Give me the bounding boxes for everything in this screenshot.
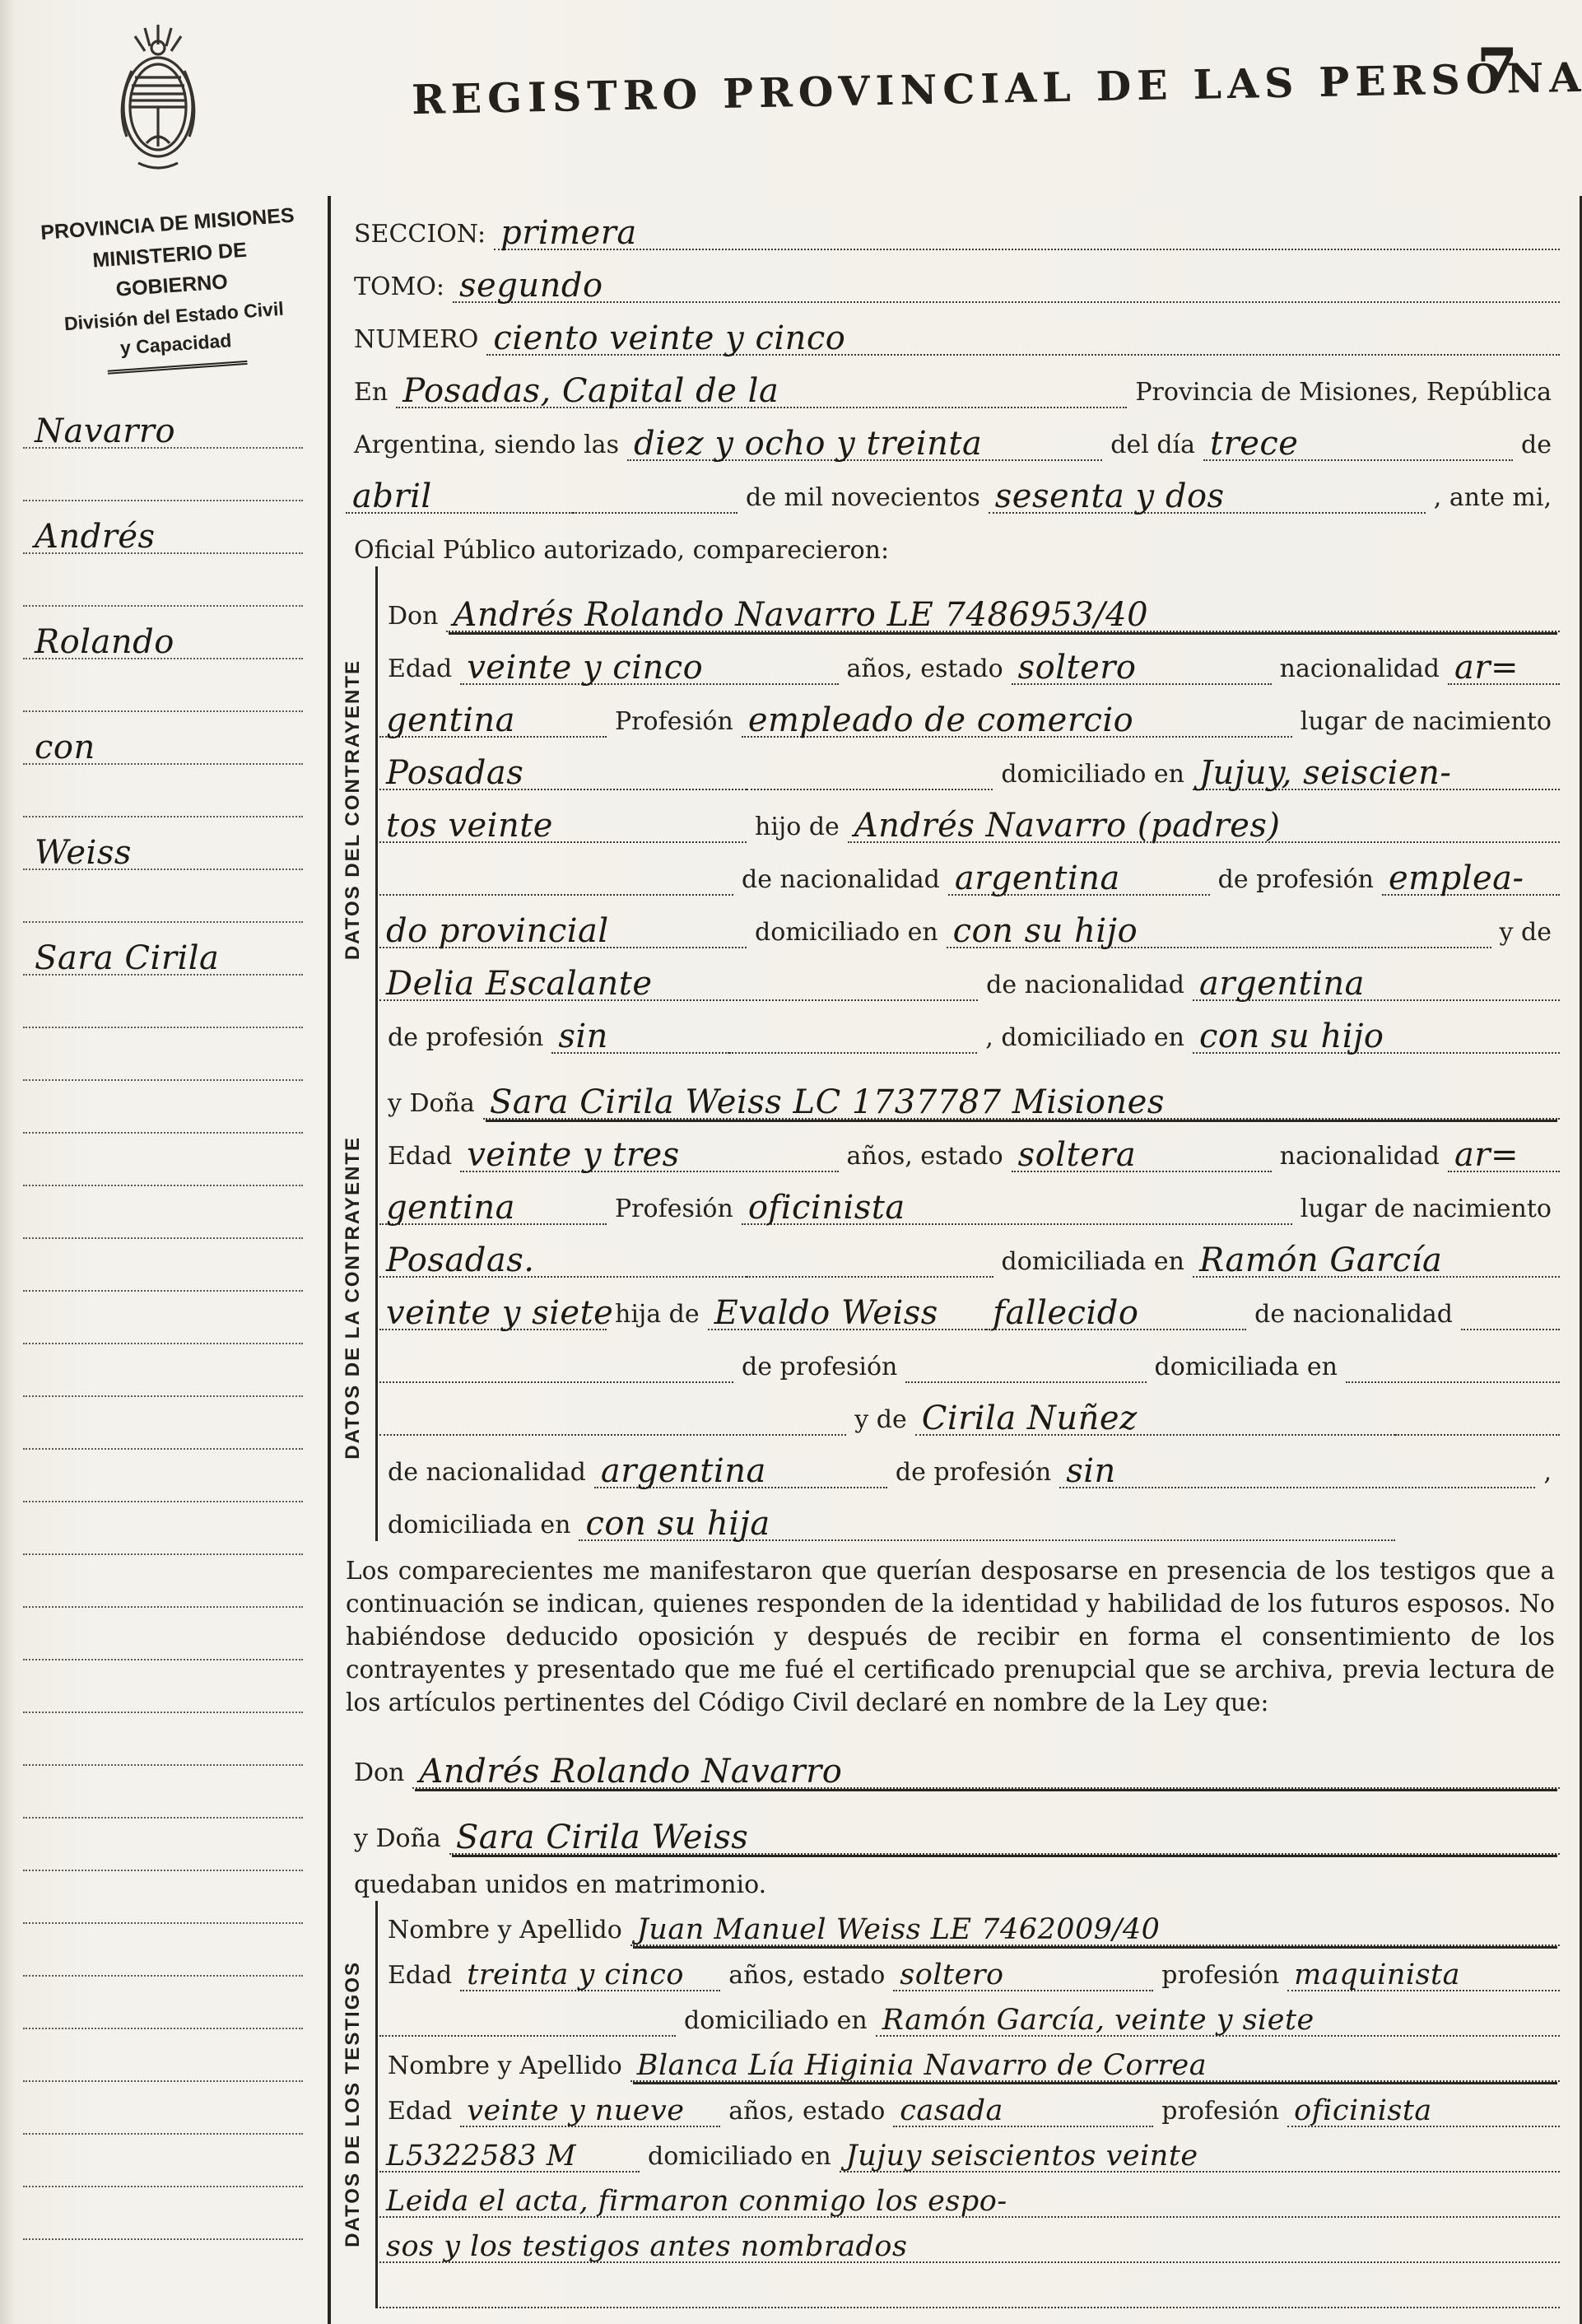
witness1-domicile-row: domiciliado en Ramón García, veinte y si… [378, 1991, 1561, 2037]
nacionalidad-label: nacionalidad [1272, 654, 1448, 685]
closing-line-2-row: sos y los testigos antes nombrados [378, 2218, 1561, 2263]
intro-ante-mi: , ante mi, [1426, 483, 1560, 514]
margin-note-line: Rolando [23, 607, 303, 659]
bride-lugar: Posadas. [379, 1245, 747, 1278]
page-number: 7 [1477, 35, 1518, 105]
domicilio-label: domiciliado en [676, 2006, 876, 2037]
bride-estado: soltera [1012, 1139, 1272, 1172]
padre-dom-label: domiciliada en [1147, 1353, 1346, 1383]
ruled-line [23, 1397, 303, 1450]
edad-label: Edad [379, 1961, 460, 1991]
groom-section-label: DATOS DEL CONTRAYENTE [342, 659, 365, 960]
groom-lugar: Posadas [379, 757, 747, 790]
intro-day: trece [1203, 428, 1513, 461]
groom-estado: soltero [1012, 652, 1272, 685]
margin-note: Andrés [28, 521, 162, 552]
bride-madre-dom: con su hija [579, 1508, 1395, 1541]
groom-mother-row: Delia Escalante de nacionalidad argentin… [378, 948, 1561, 1001]
bride-age-row: Edad veinte y tres años, estado soltera … [378, 1120, 1561, 1172]
ministry-block: PROVINCIA DE MISIONES MINISTERIO DE GOBI… [40, 200, 305, 378]
page-title: REGISTRO PROVINCIAL DE LAS PERSONAS [412, 53, 1582, 123]
declaration-bride-row: y Doña Sara Cirila Weiss [331, 1789, 1561, 1855]
bride-mother-nationality-row: de nacionalidad argentina de profesión s… [378, 1436, 1561, 1488]
y-de-label: y de [1491, 918, 1560, 948]
madre-prof-label: de profesión [379, 1023, 551, 1054]
declaration-closing: quedaban unidos en matrimonio. [346, 1870, 775, 1901]
estado-label: años, estado [839, 654, 1012, 685]
empty-ruled-row [378, 2263, 1561, 2308]
don-label: Don [346, 1758, 412, 1789]
margin-note: Sara Cirila [28, 943, 226, 974]
ruled-line [23, 1239, 303, 1292]
margin-note-line: Sara Cirila [23, 923, 303, 976]
bride-rows: y Doña Sara Cirila Weiss LC 1737787 Misi… [378, 1054, 1561, 1541]
domicilio-label: domiciliado en [640, 2142, 840, 2173]
margin-note: Navarro [28, 416, 182, 447]
margin-note: con [28, 732, 102, 763]
ruled-line [23, 1028, 303, 1081]
witness2-name-row: Nombre y Apellido Blanca Lía Higinia Nav… [378, 2037, 1561, 2082]
ruled-line [23, 1766, 303, 1819]
bride-name-row: y Doña Sara Cirila Weiss LC 1737787 Misi… [378, 1054, 1561, 1120]
intro-line-1: En Posadas, Capital de la Provincia de M… [331, 356, 1561, 408]
intro-de: de [1513, 431, 1560, 461]
closing-line-1: Leida el acta, firmaron conmigo los espo… [379, 2188, 1560, 2217]
ruled-line [23, 2135, 303, 2187]
groom-madre-dom: con su hijo [1193, 1021, 1560, 1054]
coat-of-arms-icon [105, 21, 211, 179]
bride-mother-domicile-row: domiciliada en con su hija [378, 1488, 1561, 1541]
ruled-line [23, 2029, 303, 2082]
edad-label: Edad [379, 654, 460, 685]
field-row-tomo: TOMO: segundo [331, 250, 1561, 303]
witness1-name: Juan Manuel Weiss LE 7462009/40 [630, 1916, 1560, 1945]
bride-padre: Evaldo Weiss [708, 1297, 987, 1330]
lugar-label: lugar de nacimiento [1292, 1195, 1560, 1225]
groom-nacionalidad-2: gentina [379, 705, 607, 738]
bride-madre-prof: sin [1059, 1455, 1535, 1488]
groom-name-row: Don Andrés Rolando Navarro LE 7486953/40 [378, 566, 1561, 632]
groom-padre-prof-2: do provincial [379, 915, 747, 948]
witness2-estado: casada [893, 2098, 1153, 2126]
groom-nacionalidad-1: ar= [1448, 652, 1560, 685]
ruled-line [23, 2082, 303, 2135]
madre-prof-label: de profesión [887, 1458, 1059, 1488]
bride-father-profession-row: de profesión domiciliada en [378, 1330, 1561, 1383]
document-body: PROVINCIA DE MISIONES MINISTERIO DE GOBI… [0, 196, 1582, 2324]
intro-line-4: Oficial Público autorizado, compareciero… [331, 514, 1561, 566]
witness2-domicilio: Jujuy seiscientos veinte [840, 2143, 1560, 2172]
groom-madre-prof: sin [551, 1021, 729, 1054]
ruled-line [23, 1819, 303, 1871]
bride-mother-row: y de Cirila Nuñez [378, 1383, 1561, 1436]
margin-note-line: Andrés [23, 501, 303, 554]
intro-time: diez y ocho y treinta [627, 428, 1102, 461]
padre-prof-label: de profesión [1210, 865, 1382, 896]
intro-line-2: Argentina, siendo las diez y ocho y trei… [331, 408, 1561, 461]
bride-name: Sara Cirila Weiss LC 1737787 Misiones [483, 1087, 1560, 1120]
field-row-seccion: SECCION: primera [331, 198, 1561, 250]
padre-dom-label: domiciliado en [747, 918, 947, 948]
groom-padre-dom: con su hijo [947, 915, 1491, 948]
nombre-apellido-label: Nombre y Apellido [379, 2052, 630, 2082]
margin-ruled-lines: Navarro Andrés Rolando con Weiss Sara Ci… [12, 391, 328, 2240]
intro-year: sesenta y dos [989, 481, 1426, 514]
numero-label: NUMERO [346, 325, 486, 356]
margin-note: Rolando [28, 626, 181, 658]
bride-profession-row: gentina Profesión oficinista lugar de na… [378, 1172, 1561, 1225]
intro-oficial: Oficial Público autorizado, compareciero… [346, 536, 897, 566]
ruled-line [23, 1134, 303, 1186]
profesion-label: profesión [1153, 2097, 1287, 2127]
y-de-label: y de [846, 1405, 914, 1436]
intro-line-3: abril de mil novecientos sesenta y dos ,… [331, 461, 1561, 514]
intro-de-mil: de mil novecientos [737, 483, 989, 514]
witnesses-section: DATOS DE LOS TESTIGOS Nombre y Apellido … [331, 1901, 1561, 2308]
padre-prof-label: de profesión [733, 1353, 905, 1383]
groom-domicilio-2: tos veinte [379, 810, 747, 843]
groom-father-nationality-row: de nacionalidad argentina de profesión e… [378, 843, 1561, 896]
groom-padre-prof-1: emplea- [1382, 863, 1560, 896]
declaration-paragraph: Los comparecientes me manifestaron que q… [331, 1541, 1561, 1723]
left-margin-column: PROVINCIA DE MISIONES MINISTERIO DE GOBI… [0, 196, 328, 2324]
bride-domicilio-1: Ramón García [1193, 1245, 1560, 1278]
ruled-line [23, 870, 303, 923]
groom-edad: veinte y cinco [460, 652, 838, 685]
bride-section-label: DATOS DE LA CONTRAYENTE [342, 1136, 365, 1460]
ruled-line [23, 554, 303, 607]
bride-profesion: oficinista [742, 1192, 1292, 1225]
witness1-profesion: maquinista [1287, 1962, 1560, 1991]
groom-profesion: empleado de comercio [742, 705, 1292, 738]
nacionalidad-label: nacionalidad [1272, 1142, 1448, 1172]
witness2-edad: veinte y nueve [460, 2098, 720, 2126]
domicilio-label: domiciliado en [993, 760, 1193, 790]
witness2-name: Blanca Lía Higinia Navarro de Correa [630, 2052, 1560, 2081]
ruled-line [23, 1450, 303, 1502]
lugar-label: lugar de nacimiento [1292, 707, 1560, 738]
groom-padre: Andrés Navarro (padres) [848, 810, 1560, 843]
document-page: REGISTRO PROVINCIAL DE LAS PERSONAS 7 PR… [0, 0, 1582, 2324]
bride-nacionalidad-1: ar= [1448, 1139, 1560, 1172]
ruled-line [23, 659, 303, 712]
groom-madre: Delia Escalante [379, 968, 978, 1001]
ruled-line [23, 976, 303, 1028]
ruled-line [23, 1292, 303, 1344]
witnesses-section-label: DATOS DE LOS TESTIGOS [342, 1961, 365, 2247]
bride-edad: veinte y tres [460, 1139, 838, 1172]
bride-padre-estado: fallecido [986, 1297, 1246, 1330]
witness1-domicilio: Ramón García, veinte y siete [876, 2007, 1560, 2036]
estado-label: años, estado [839, 1142, 1012, 1172]
ruled-line [23, 2187, 303, 2240]
padre-nac-label: de nacionalidad [733, 865, 948, 896]
witness2-age-row: Edad veinte y nueve años, estado casada … [378, 2082, 1561, 2127]
margin-note-line: Navarro [23, 396, 303, 449]
groom-domicilio-1: Jujuy, seiscien- [1193, 757, 1560, 790]
witness1-estado: soltero [893, 1962, 1153, 1991]
groom-rows: Don Andrés Rolando Navarro LE 7486953/40… [378, 566, 1561, 1054]
margin-note: Weiss [28, 837, 138, 869]
groom-father-domicile-row: do provincial domiciliado en con su hijo… [378, 896, 1561, 948]
madre-dom-label: domiciliada en [379, 1511, 579, 1541]
margin-note-line: Weiss [23, 817, 303, 870]
groom-age-row: Edad veinte y cinco años, estado soltero… [378, 632, 1561, 685]
ruled-line [23, 1977, 303, 2029]
bride-madre-nac: argentina [594, 1455, 887, 1488]
don-label: Don [379, 602, 446, 632]
page-header: REGISTRO PROVINCIAL DE LAS PERSONAS 7 [0, 0, 1582, 196]
hija-label: hija de [607, 1300, 708, 1330]
witness1-age-row: Edad treinta y cinco años, estado solter… [378, 1946, 1561, 1991]
intro-month: abril [346, 481, 573, 514]
estado-label: años, estado [720, 2097, 893, 2127]
declaration-groom-row: Don Andrés Rolando Navarro [331, 1723, 1561, 1789]
ruled-line [23, 1555, 303, 1608]
comma: , [1535, 1458, 1560, 1488]
bride-nacionalidad-2: gentina [379, 1192, 607, 1225]
groom-birthplace-row: Posadas domiciliado en Jujuy, seiscien- [378, 738, 1561, 790]
blank-segment [379, 2307, 1560, 2308]
tomo-label: TOMO: [346, 272, 453, 303]
edad-label: Edad [379, 1142, 460, 1172]
ruled-line [23, 1081, 303, 1134]
bride-birthplace-row: Posadas. domiciliada en Ramón García [378, 1225, 1561, 1278]
witness2-profesion: oficinista [1287, 2098, 1560, 2126]
bride-section: DATOS DE LA CONTRAYENTE y Doña Sara Ciri… [331, 1054, 1561, 1541]
dona-label: y Doña [379, 1089, 483, 1120]
numero-value: ciento veinte y cinco [486, 323, 1560, 356]
witnesses-section-gutter: DATOS DE LOS TESTIGOS [331, 1901, 378, 2308]
declaration-groom-name: Andrés Rolando Navarro [412, 1756, 1560, 1789]
madre-dom-label: , domiciliado en [977, 1023, 1193, 1054]
profesion-label: profesión [1153, 1961, 1287, 1991]
bride-father-row: veinte y siete hija de Evaldo Weiss fall… [378, 1278, 1561, 1330]
ruled-line [23, 765, 303, 817]
ruled-line [23, 1344, 303, 1397]
hijo-label: hijo de [747, 813, 848, 843]
double-rule [108, 360, 248, 374]
groom-madre-nac: argentina [1193, 968, 1560, 1001]
intro-argentina: Argentina, siendo las [346, 431, 627, 461]
witness2-document: L5322583 M [379, 2143, 640, 2172]
bride-section-gutter: DATOS DE LA CONTRAYENTE [331, 1054, 378, 1541]
sun-rays [135, 25, 181, 54]
madre-nac-label: de nacionalidad [379, 1458, 594, 1488]
groom-padre-nac: argentina [948, 863, 1210, 896]
edad-label: Edad [379, 2097, 460, 2127]
closing-line-2: sos y los testigos antes nombrados [379, 2233, 1560, 2262]
seccion-label: SECCION: [346, 220, 494, 250]
intro-place: Posadas, Capital de la [396, 375, 1127, 408]
domicilio-label: domiciliada en [993, 1247, 1193, 1278]
ruled-line [23, 1713, 303, 1766]
groom-section-gutter: DATOS DEL CONTRAYENTE [331, 566, 378, 1054]
closing-line-1-row: Leida el acta, firmaron conmigo los espo… [378, 2173, 1561, 2218]
ruled-line [23, 1924, 303, 1977]
nombre-apellido-label: Nombre y Apellido [379, 1916, 630, 1946]
intro-en: En [346, 378, 396, 408]
intro-del-dia: del día [1102, 431, 1203, 461]
witness2-domicile-row: L5322583 M domiciliado en Jujuy seiscien… [378, 2127, 1561, 2173]
groom-section: DATOS DEL CONTRAYENTE Don Andrés Rolando… [331, 566, 1561, 1054]
ruled-line [23, 1502, 303, 1555]
bride-madre: Cirila Nuñez [915, 1403, 1395, 1436]
groom-name: Andrés Rolando Navarro LE 7486953/40 [446, 599, 1560, 632]
declaration-bride-name: Sara Cirila Weiss [449, 1822, 1560, 1855]
intro-province: Provincia de Misiones, República [1127, 378, 1560, 408]
groom-domicile-row: tos veinte hijo de Andrés Navarro (padre… [378, 790, 1561, 843]
dona-label: y Doña [346, 1824, 449, 1855]
ruled-line [23, 1660, 303, 1713]
groom-mother-profession-row: de profesión sin , domiciliado en con su… [378, 1001, 1561, 1054]
bride-domicilio-2: veinte y siete [379, 1297, 607, 1330]
witness1-name-row: Nombre y Apellido Juan Manuel Weiss LE 7… [378, 1901, 1561, 1946]
ruled-line [23, 1186, 303, 1239]
declaration-closing-row: quedaban unidos en matrimonio. [331, 1855, 1561, 1901]
witness1-edad: treinta y cinco [460, 1962, 720, 1991]
seccion-value: primera [494, 217, 1560, 250]
profesion-label: Profesión [607, 1195, 742, 1225]
profesion-label: Profesión [607, 707, 742, 738]
ruled-line [23, 1871, 303, 1924]
margin-note-line: con [23, 712, 303, 765]
estado-label: años, estado [720, 1961, 893, 1991]
tomo-value: segundo [453, 270, 1560, 303]
ruled-line [23, 449, 303, 501]
groom-profession-row: gentina Profesión empleado de comercio l… [378, 685, 1561, 738]
form-area: SECCION: primera TOMO: segundo NUMERO ci… [328, 196, 1582, 2324]
ruled-line [23, 1608, 303, 1660]
padre-nac-label: de nacionalidad [1246, 1300, 1461, 1330]
field-row-numero: NUMERO ciento veinte y cinco [331, 303, 1561, 356]
witnesses-rows: Nombre y Apellido Juan Manuel Weiss LE 7… [378, 1901, 1561, 2308]
madre-nac-label: de nacionalidad [978, 971, 1193, 1001]
